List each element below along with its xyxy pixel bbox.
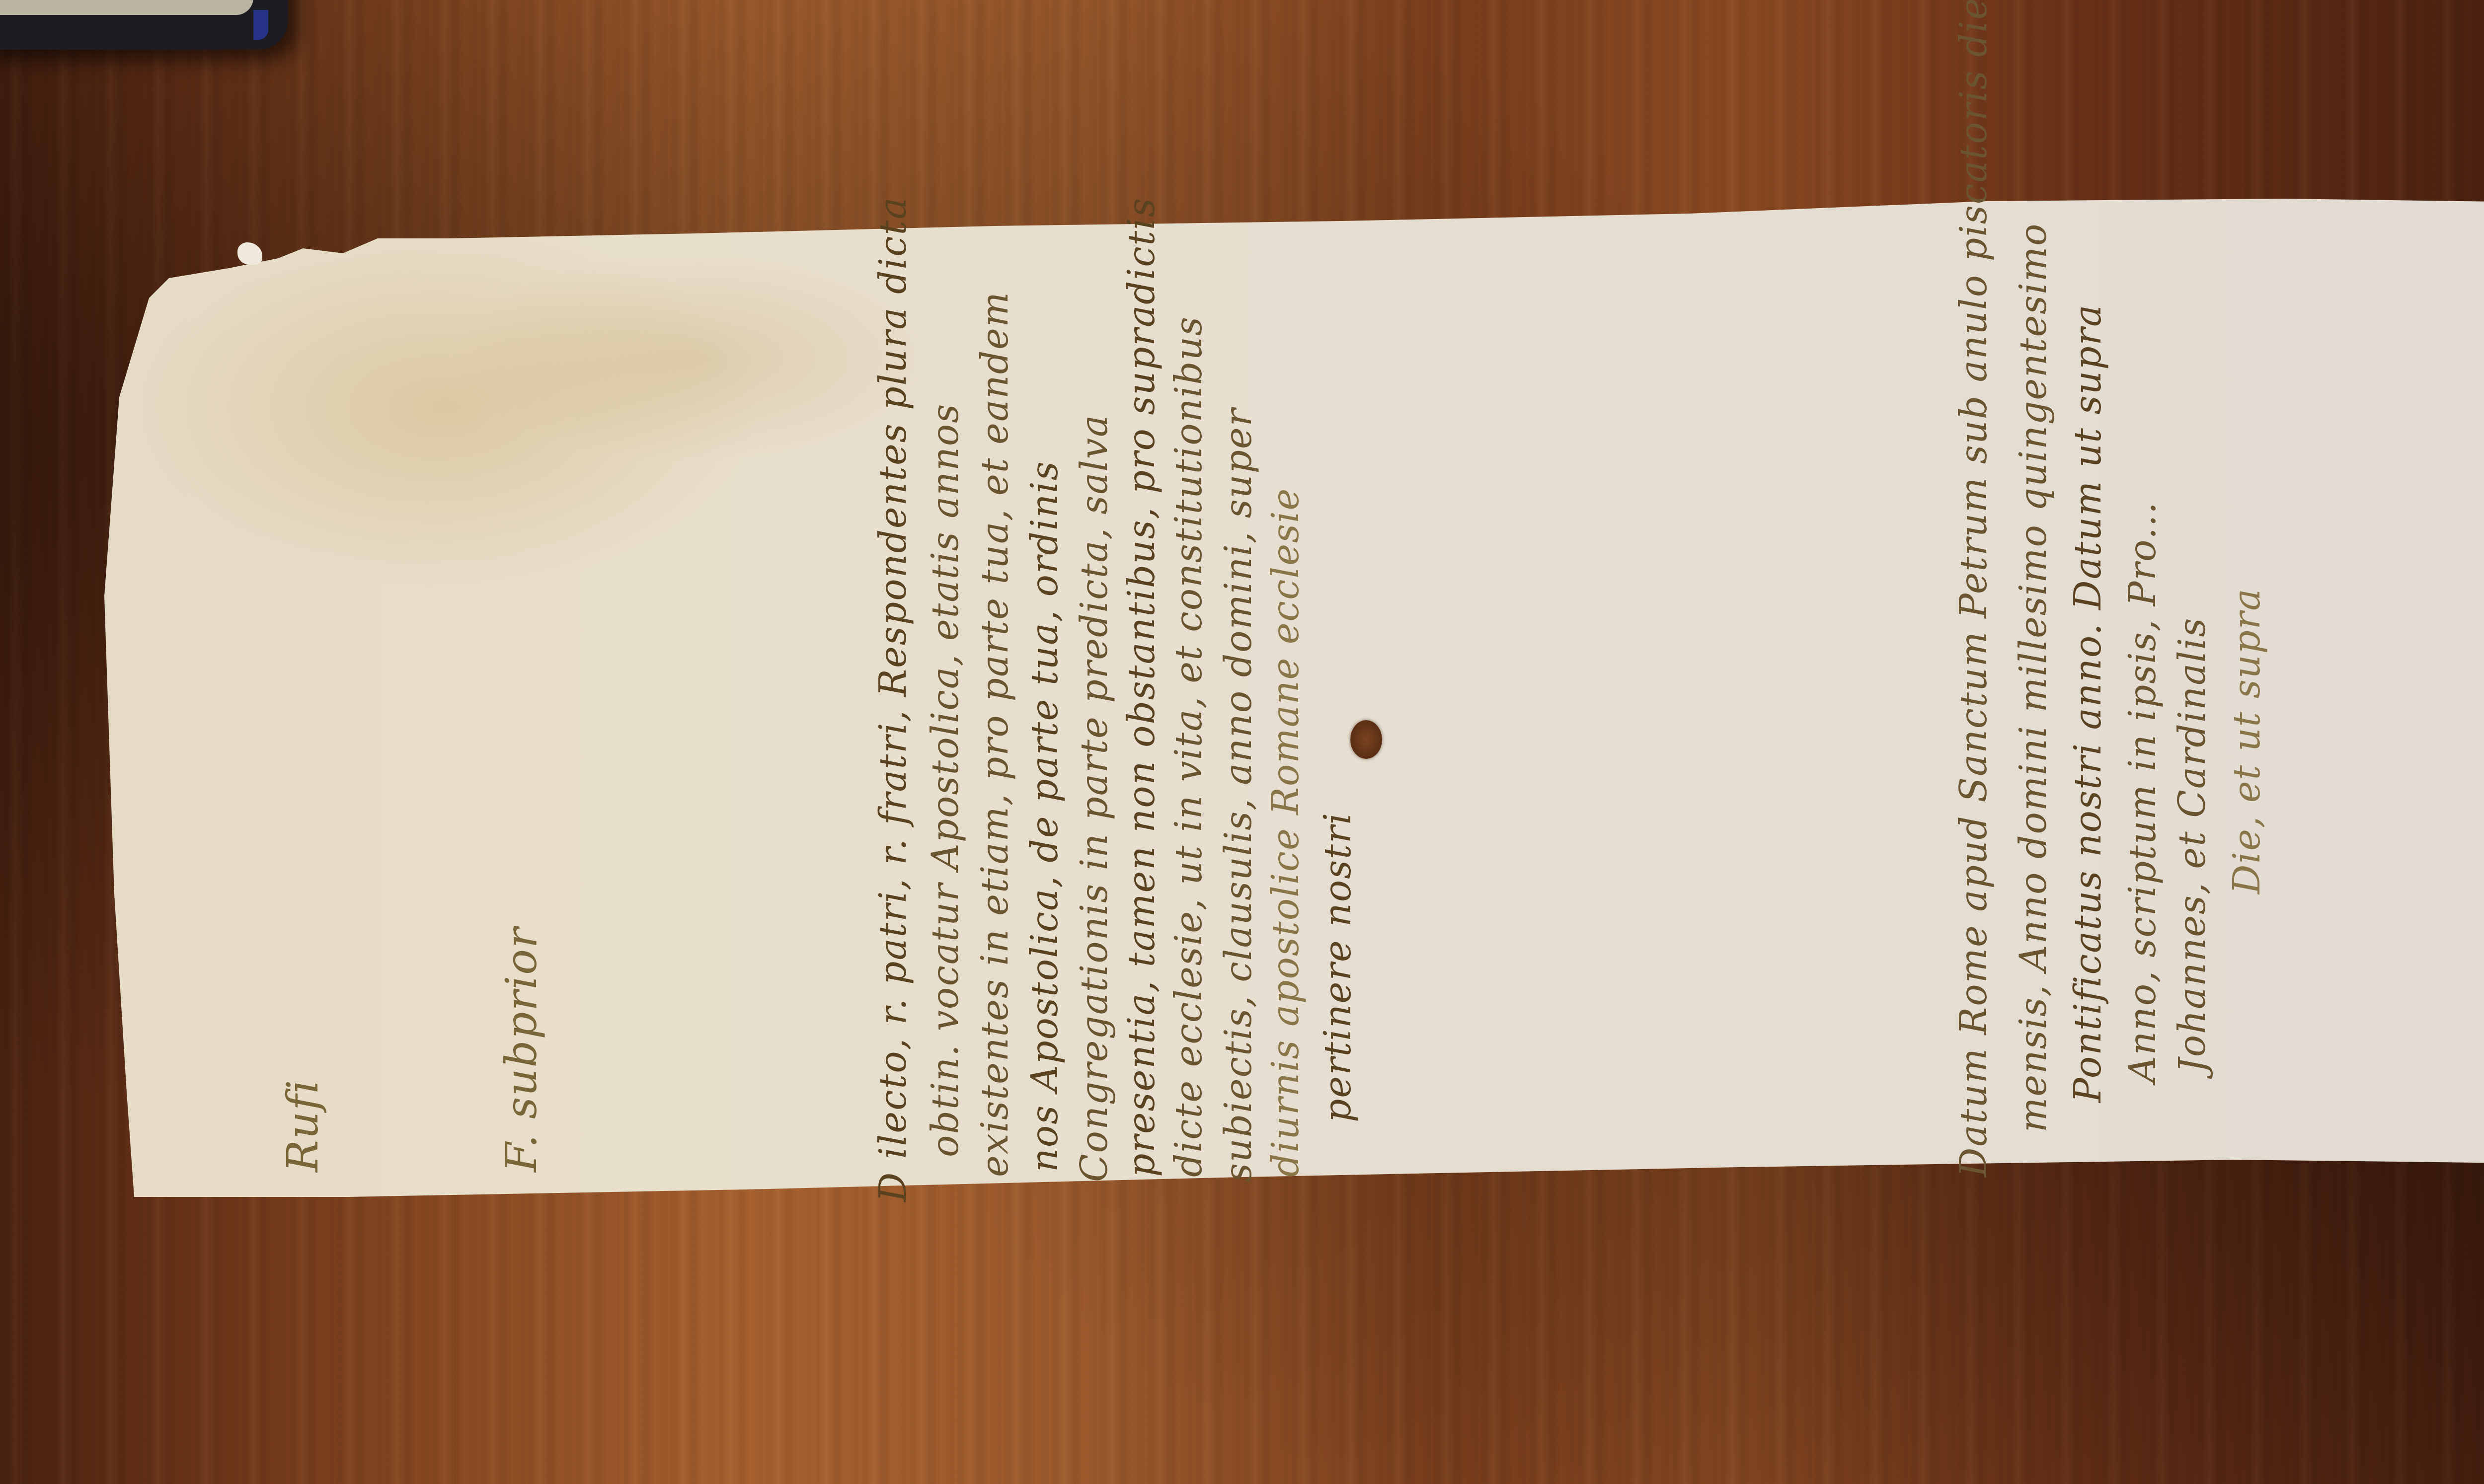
block2-line: mensis, Anno domini millesimo quingentes… bbox=[2012, 223, 2055, 1132]
tablet-device bbox=[0, 0, 288, 50]
block2-line: Datum Rome apud Sanctum Petrum sub anulo… bbox=[1952, 0, 1995, 1177]
header-line-1: Rufi bbox=[278, 1079, 328, 1172]
block1-line: obtin. vocatur Apostolica, etatis annos bbox=[924, 403, 967, 1157]
tablet-screen bbox=[0, 0, 253, 15]
block1-line: dicte ecclesie, ut in vita, et constitut… bbox=[1167, 316, 1210, 1177]
block2-line: Anno, scriptum in ipsis, Pro... bbox=[2121, 501, 2164, 1083]
block2-line: Pontificatus nostri anno. Datum ut supra bbox=[2067, 304, 2109, 1103]
block2-line: Johannes, et Cardinalis bbox=[2171, 617, 2214, 1073]
block1-line: existentes in etiam, pro parte tua, et e… bbox=[974, 291, 1016, 1177]
block1-line: diurnis apostolice Romane ecclesie bbox=[1264, 488, 1307, 1177]
block1-line: nos Apostolica, de parte tua, ordinis bbox=[1023, 460, 1066, 1172]
block1-line: Congregationis in parte predicta, salva bbox=[1073, 414, 1116, 1182]
block1-line: presentia, tamen non obstantibus, pro su… bbox=[1120, 197, 1163, 1177]
block1-line: D ilecto, r. patri, r. fratri, Responden… bbox=[872, 197, 915, 1202]
paper-tear bbox=[237, 242, 262, 265]
block1-line: subiectis, clausulis, anno domini, super bbox=[1217, 408, 1260, 1182]
block2-line: Die, et ut supra bbox=[2226, 588, 2268, 894]
paper-hole bbox=[1350, 720, 1382, 759]
block1-line: pertinere nostri bbox=[1317, 812, 1359, 1122]
header-line-2: F. subprior bbox=[497, 927, 546, 1172]
tablet-edge-accent bbox=[253, 10, 268, 40]
